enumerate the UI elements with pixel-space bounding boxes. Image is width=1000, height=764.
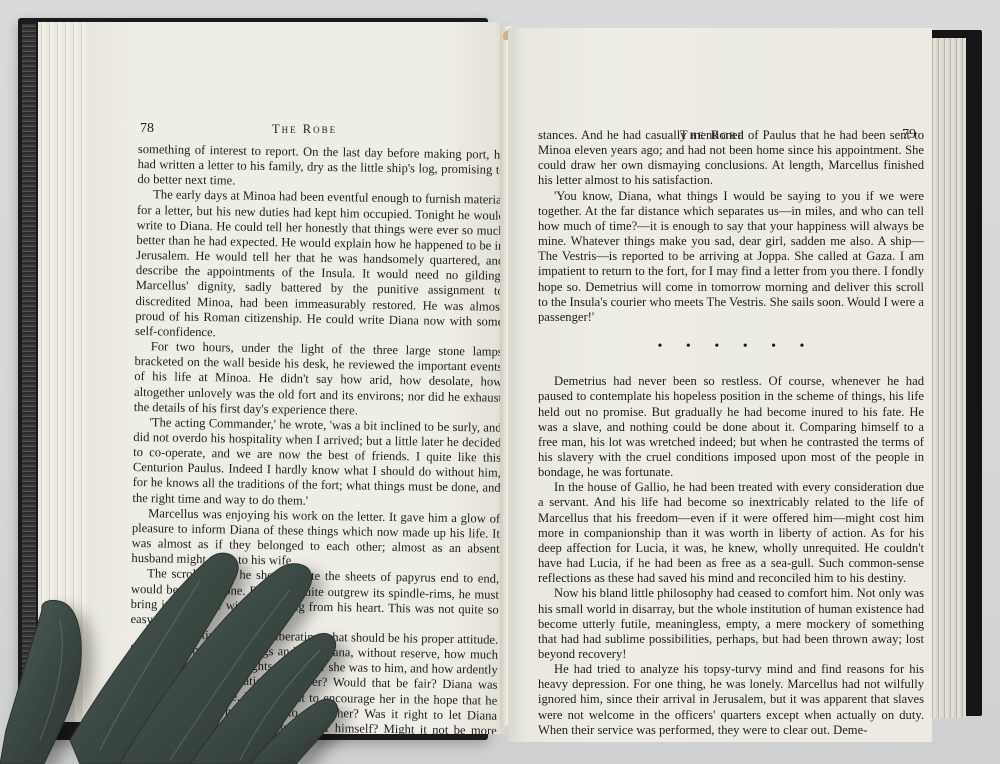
paragraph: something of interest to report. On the …: [137, 142, 506, 193]
paragraph: The scroll, when he should paste the she…: [130, 566, 499, 632]
paragraph: For two hours, under the light of the th…: [134, 339, 503, 421]
open-book-scene: 78 The Robe something of interest to rep…: [0, 0, 1000, 764]
paragraph: stances. And he had casually mentioned o…: [538, 128, 924, 189]
paragraph: Marcellus was enjoying his work on the l…: [131, 506, 500, 572]
section-break: • • • • • •: [538, 339, 924, 354]
paragraph: 'The acting Commander,' he wrote, 'was a…: [132, 415, 501, 512]
paragraph: The early days at Minoa had been eventfu…: [135, 187, 505, 344]
paragraph: In the house of Gallio, he had been trea…: [538, 480, 924, 586]
page-number-left: 78: [140, 121, 154, 137]
right-page-body: stances. And he had casually mentioned o…: [538, 128, 924, 738]
paragraph: Demetrius had never been so restless. Of…: [538, 374, 924, 480]
paragraph: For a long time he sat deliberating what…: [128, 627, 498, 734]
left-page-body: something of interest to report. On the …: [128, 142, 506, 734]
right-page: The Robe 79 stances. And he had casually…: [508, 28, 932, 742]
paragraph: 'You know, Diana, what things I would be…: [538, 189, 924, 325]
running-head-left: The Robe: [272, 122, 337, 137]
text-before-break: stances. And he had casually mentioned o…: [538, 128, 924, 325]
paragraph: He had tried to analyze his topsy-turvy …: [538, 662, 924, 738]
text-after-break: Demetrius had never been so restless. Of…: [538, 374, 924, 738]
left-page: 78 The Robe something of interest to rep…: [88, 22, 508, 734]
paragraph: Now his bland little philosophy had ceas…: [538, 586, 924, 662]
